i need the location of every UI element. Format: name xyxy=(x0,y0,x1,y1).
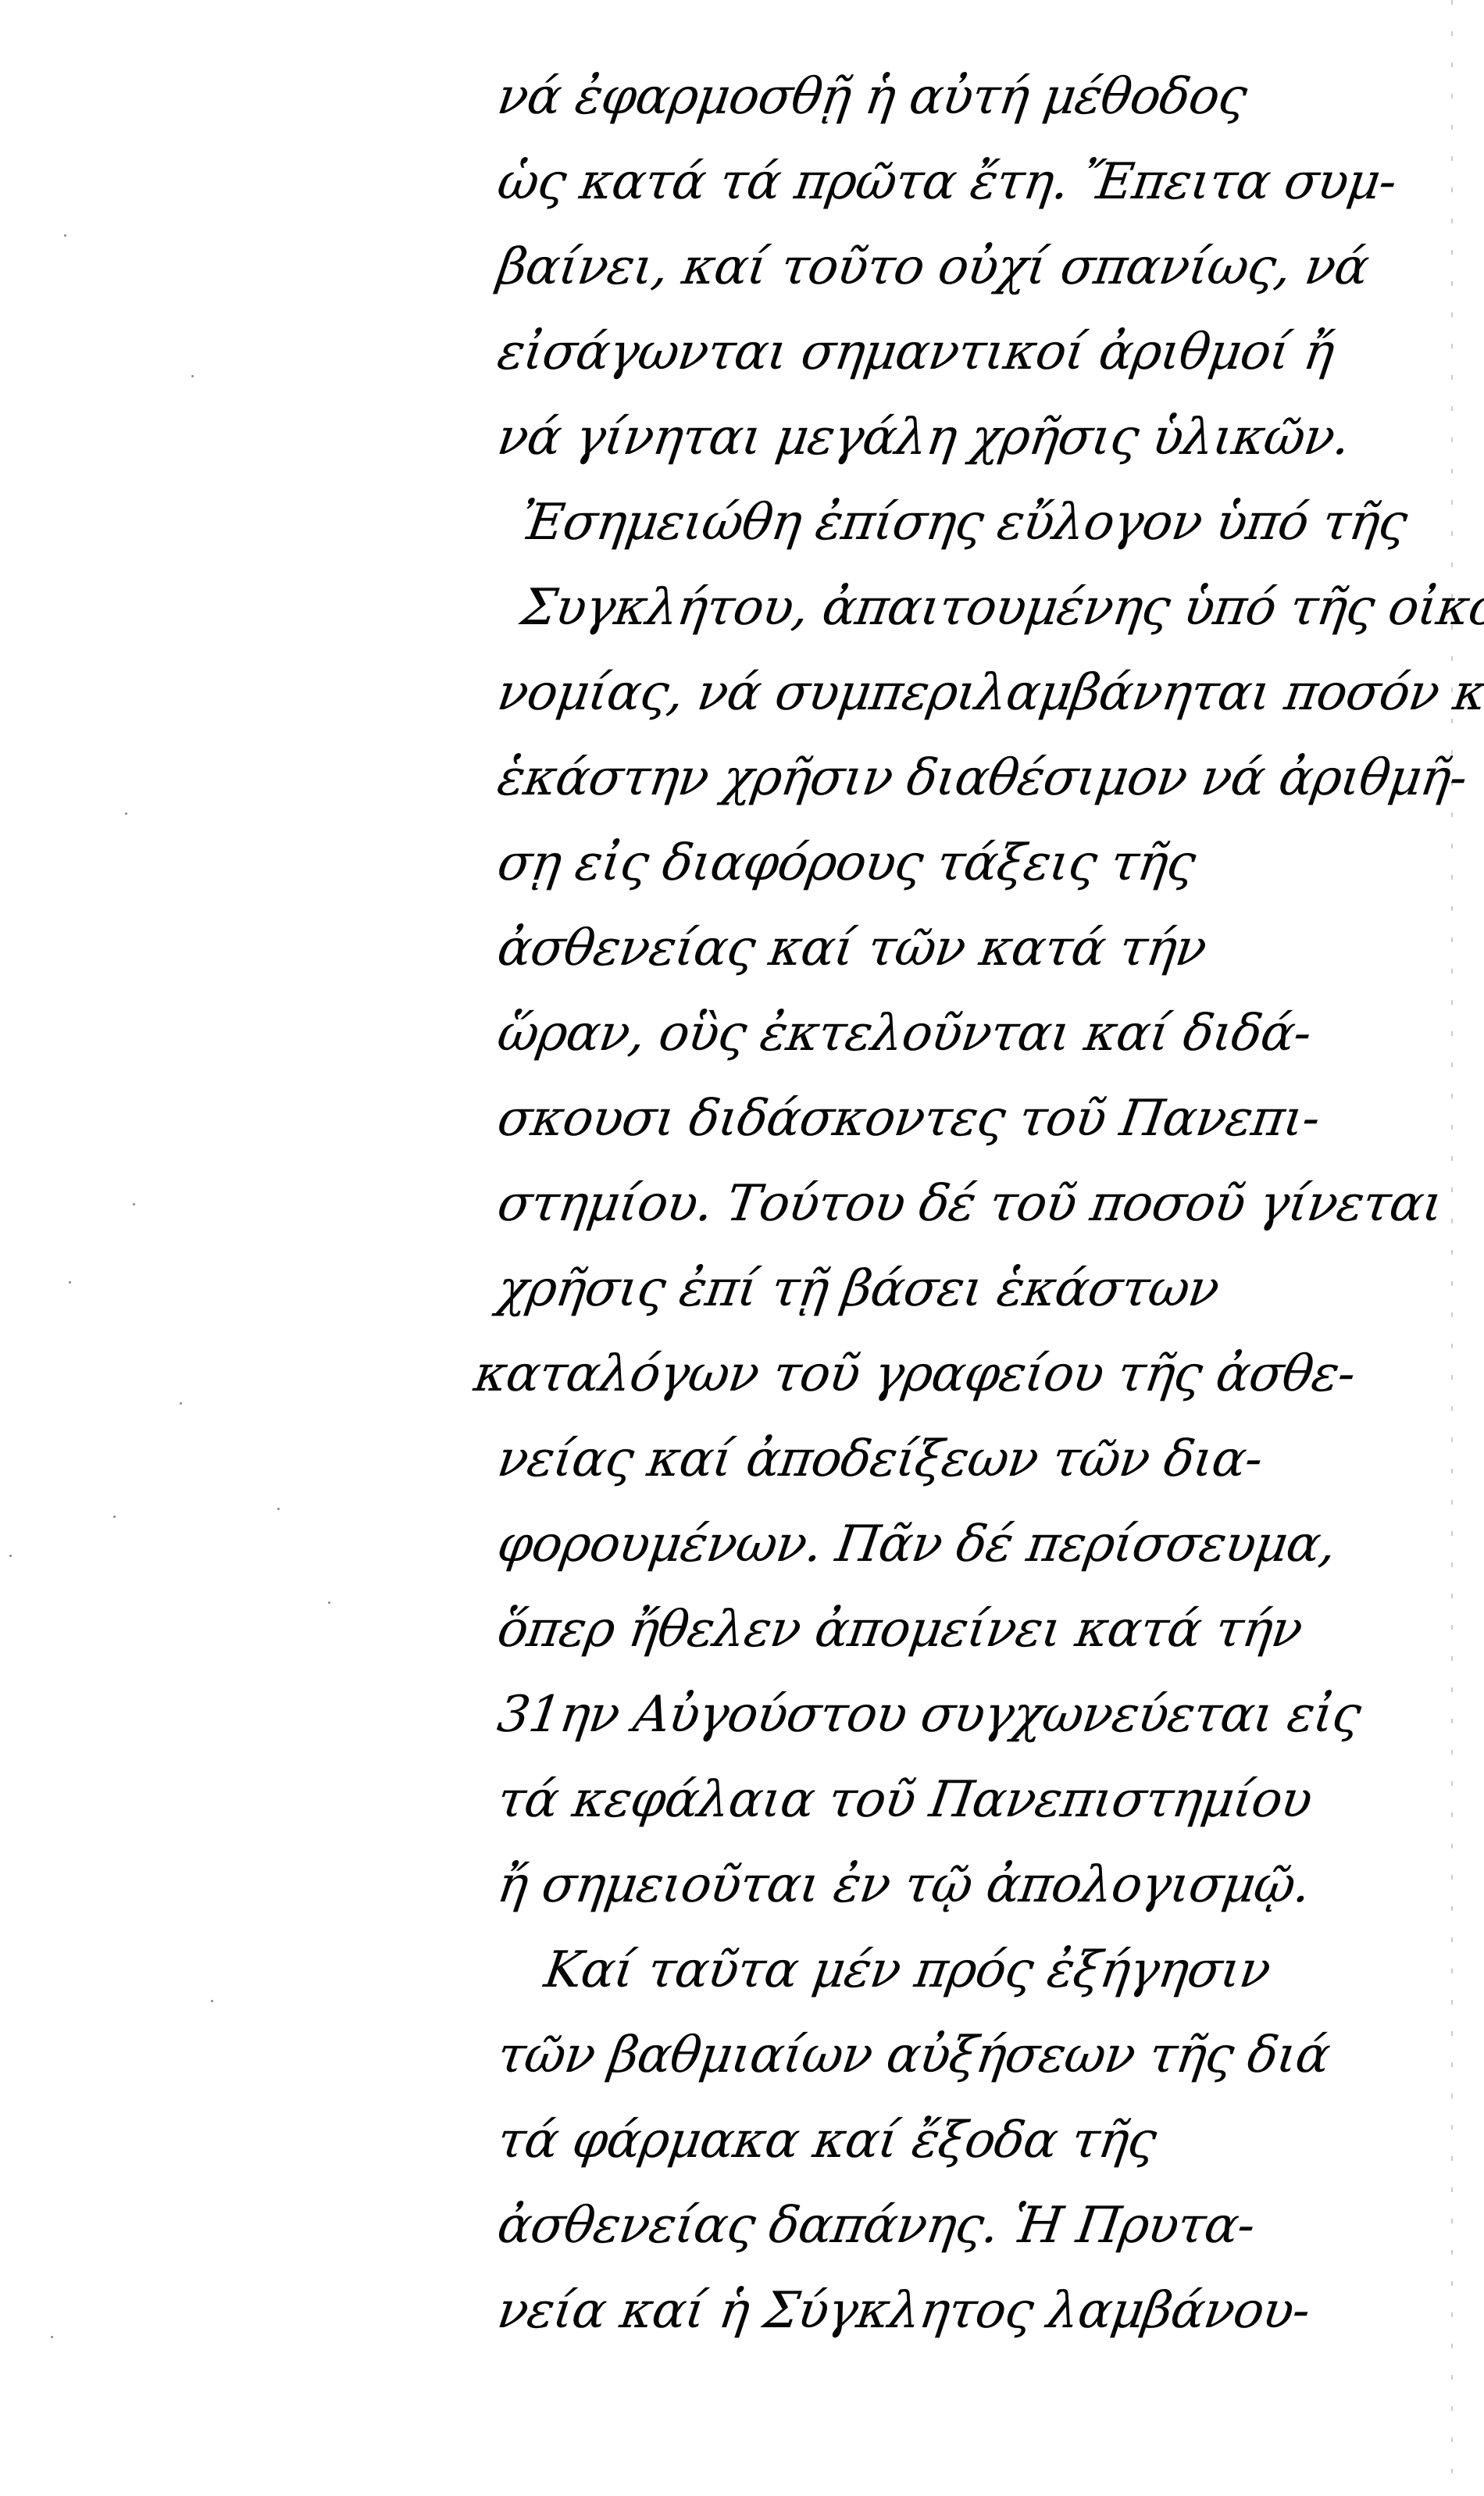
manuscript-line: βαίνει, καί τοῦτο οὐχί σπανίως, νά xyxy=(492,225,1464,310)
manuscript-line: νομίας, νά συμπεριλαμβάνηται ποσόν κατά xyxy=(492,651,1464,736)
manuscript-line: Ἐσημειώθη ἐπίσης εὔλογον ὑπό τῆς xyxy=(492,480,1464,566)
manuscript-page: νά ἐφαρμοσθῇ ἡ αὐτή μέθοδος ὡς κατά τά π… xyxy=(0,0,1484,2496)
manuscript-line: ἀσθενείας δαπάνης. Ἡ Πρυτα- xyxy=(492,2184,1464,2269)
manuscript-line: ἀσθενείας καί τῶν κατά τήν xyxy=(492,906,1464,991)
manuscript-line: ὡς κατά τά πρῶτα ἔτη. Ἔπειτα συμ- xyxy=(492,140,1464,225)
manuscript-line: Συγκλήτου, ἀπαιτουμένης ὑπό τῆς οἰκο- xyxy=(492,566,1464,651)
scan-speck xyxy=(125,812,127,815)
manuscript-line: τά φάρμακα καί ἔξοδα τῆς xyxy=(492,2098,1464,2184)
manuscript-line: 31ην Αὐγούστου συγχωνεύεται εἰς xyxy=(492,1673,1464,1758)
scan-speck xyxy=(180,1402,182,1405)
scan-speck xyxy=(277,1508,280,1510)
manuscript-line: σκουσι διδάσκοντες τοῦ Πανεπι- xyxy=(492,1077,1464,1162)
manuscript-line: νείας καί ἀποδείξεων τῶν δια- xyxy=(492,1417,1464,1502)
manuscript-line: Καί ταῦτα μέν πρός ἐξήγησιν xyxy=(492,1928,1464,2013)
scan-speck xyxy=(69,1281,71,1284)
scan-speck xyxy=(328,1602,330,1604)
scan-speck xyxy=(64,234,66,237)
manuscript-line: φορουμένων. Πᾶν δέ περίσσευμα, xyxy=(492,1502,1464,1587)
manuscript-line: ὥραν, οὓς ἐκτελοῦνται καί διδά- xyxy=(492,991,1464,1077)
manuscript-line: εἰσάγωνται σημαντικοί ἀριθμοί ἤ xyxy=(492,310,1464,395)
manuscript-line: νά γίνηται μεγάλη χρῆσις ὑλικῶν. xyxy=(492,395,1464,480)
scan-speck xyxy=(9,1555,12,1557)
manuscript-line: ἑκάστην χρῆσιν διαθέσιμον νά ἀριθμῆ- xyxy=(492,736,1464,821)
manuscript-line: τῶν βαθμιαίων αὐξήσεων τῆς διά xyxy=(492,2013,1464,2098)
manuscript-line: νεία καί ἡ Σύγκλητος λαμβάνου- xyxy=(492,2269,1464,2354)
manuscript-line: στημίου. Τούτου δέ τοῦ ποσοῦ γίνεται xyxy=(492,1162,1464,1247)
manuscript-line: καταλόγων τοῦ γραφείου τῆς ἀσθε- xyxy=(469,1332,1464,1417)
manuscript-line: τά κεφάλαια τοῦ Πανεπιστημίου xyxy=(492,1758,1464,1843)
scan-speck xyxy=(211,2000,213,2002)
scan-speck xyxy=(51,2336,53,2338)
manuscript-line: ὅπερ ἤθελεν ἀπομείνει κατά τήν xyxy=(492,1587,1464,1673)
scan-speck xyxy=(133,1203,135,1205)
manuscript-line: νά ἐφαρμοσθῇ ἡ αὐτή μέθοδος xyxy=(492,55,1464,140)
manuscript-text: νά ἐφαρμοσθῇ ἡ αὐτή μέθοδος ὡς κατά τά π… xyxy=(492,55,1453,2354)
scan-speck xyxy=(191,375,194,377)
manuscript-line: σῃ εἰς διαφόρους τάξεις τῆς xyxy=(492,821,1464,906)
manuscript-line: ἤ σημειοῦται ἐν τῷ ἀπολογισμῷ. xyxy=(492,1843,1464,1928)
scan-speck xyxy=(113,1516,116,1518)
manuscript-line: χρῆσις ἐπί τῇ βάσει ἑκάστων xyxy=(492,1247,1464,1332)
